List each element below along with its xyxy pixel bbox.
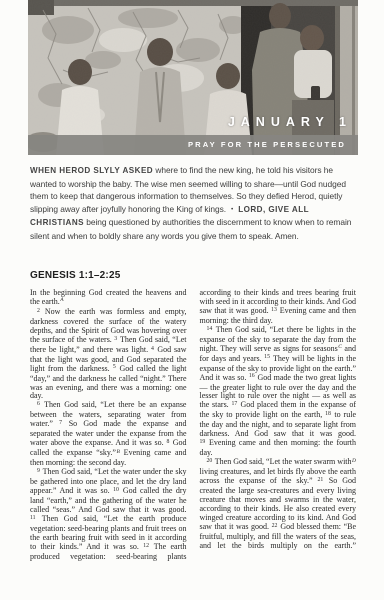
scripture-columns: In the beginning God created the heavens…: [30, 289, 356, 563]
scripture-paragraph: In the beginning God created the heavens…: [30, 289, 187, 308]
verse-number: 17: [231, 401, 239, 407]
footnote-marker: A: [60, 297, 63, 303]
verse-number: 4: [151, 346, 156, 352]
verse-number: 3: [114, 336, 119, 342]
verse-text: Then God said, “Let the water swarm with: [215, 457, 352, 466]
verse-number: 11: [30, 515, 41, 521]
scripture-reference: GENESIS 1:1–2:25: [30, 270, 356, 281]
scripture-paragraph: 14 Then God said, “Let there be lights i…: [200, 326, 357, 458]
theme-band: PRAY FOR THE PERSECUTED: [28, 135, 358, 155]
verse-number: 14: [207, 326, 215, 332]
footnote-marker: D: [352, 458, 356, 464]
verse-number: 5: [113, 364, 119, 370]
verse-number: 19: [200, 439, 209, 445]
header-photo: JANUARY 1 PRAY FOR THE PERSECUTED: [28, 0, 358, 155]
footnote-marker: B: [116, 449, 119, 455]
verse-number: 20: [207, 458, 214, 464]
verse-number: 16: [249, 373, 257, 379]
bullet-separator: •: [231, 204, 233, 217]
verse-number: 15: [264, 354, 272, 360]
verse-number: 12: [143, 543, 153, 549]
verse-number: 21: [318, 477, 328, 483]
verse-number: 22: [272, 523, 280, 529]
devotional-opening-smallcaps: WHEN HEROD SLYLY ASKED: [30, 166, 153, 175]
verse-text: In the beginning God created the heavens…: [30, 289, 187, 306]
devotional-bible-page: JANUARY 1 PRAY FOR THE PERSECUTED WHEN H…: [0, 0, 384, 600]
footnote-marker: C: [338, 344, 342, 350]
devotional-paragraph: WHEN HEROD SLYLY ASKED where to find the…: [30, 164, 358, 243]
verse-number: 13: [271, 307, 279, 313]
verse-number: 7: [59, 420, 68, 426]
verse-number: 8: [167, 439, 172, 445]
verse-number: 10: [113, 487, 122, 493]
verse-text: Evening came and then morning: the fourt…: [200, 438, 357, 457]
scripture-paragraph: 2 Now the earth was formless and empty, …: [30, 308, 187, 402]
verse-number: 9: [37, 468, 42, 474]
verse-number: 18: [325, 411, 333, 417]
scripture-section: GENESIS 1:1–2:25 In the beginning God cr…: [30, 270, 356, 563]
photo-children-mud-wall: [28, 0, 358, 155]
verse-number: 6: [37, 401, 43, 407]
date-label: JANUARY 1: [228, 115, 352, 129]
scripture-paragraph: 6 Then God said, “Let there be an expans…: [30, 401, 187, 468]
theme-label: PRAY FOR THE PERSECUTED: [188, 140, 346, 149]
verse-text: Then God said, “Let there be lights in t…: [200, 325, 357, 353]
verse-number: 2: [37, 308, 44, 314]
